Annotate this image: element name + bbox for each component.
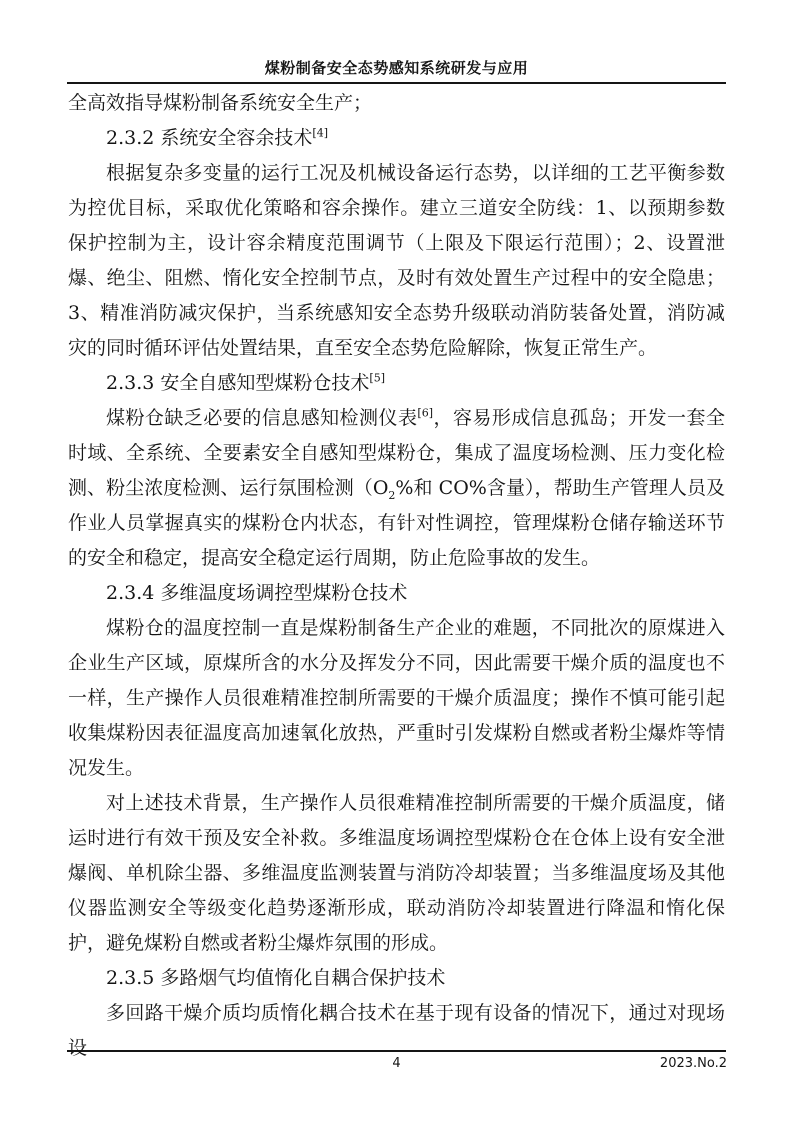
document-body: 全高效指导煤粉制备系统安全生产；2.3.2 系统安全容余技术[4]根据复杂多变量… <box>68 86 725 1066</box>
paragraph: 煤粉仓缺乏必要的信息感知检测仪表[6]，容易形成信息孤岛；开发一套全时域、全系统… <box>68 401 725 576</box>
section-heading: 2.3.5 多路烟气均值惰化自耦合保护技术 <box>68 961 725 996</box>
reference-superscript: [4] <box>312 127 328 140</box>
reference-superscript: [5] <box>369 372 385 385</box>
section-heading: 2.3.4 多维温度场调控型煤粉仓技术 <box>68 576 725 611</box>
section-heading: 2.3.2 系统安全容余技术[4] <box>68 121 725 156</box>
issue-label: 2023.No.2 <box>660 1056 727 1072</box>
section-heading: 2.3.3 安全自感知型煤粉仓技术[5] <box>68 366 725 401</box>
paragraph: 煤粉仓的温度控制一直是煤粉制备生产企业的难题，不同批次的原煤进入企业生产区域，原… <box>68 611 725 786</box>
reference-superscript: [6] <box>417 407 433 420</box>
document-page: 煤粉制备安全态势感知系统研发与应用 全高效指导煤粉制备系统安全生产；2.3.2 … <box>0 0 793 1122</box>
paragraph: 对上述技术背景，生产操作人员很难精准控制所需要的干燥介质温度，储运时进行有效干预… <box>68 786 725 961</box>
paragraph: 根据复杂多变量的运行工况及机械设备运行态势，以详细的工艺平衡参数为控优目标，采取… <box>68 156 725 366</box>
header-title: 煤粉制备安全态势感知系统研发与应用 <box>265 59 529 77</box>
paragraph: 全高效指导煤粉制备系统安全生产； <box>68 86 725 121</box>
page-header: 煤粉制备安全态势感知系统研发与应用 <box>67 58 726 84</box>
chemical-subscript: 2 <box>388 489 395 502</box>
footer-rule <box>67 1050 726 1052</box>
